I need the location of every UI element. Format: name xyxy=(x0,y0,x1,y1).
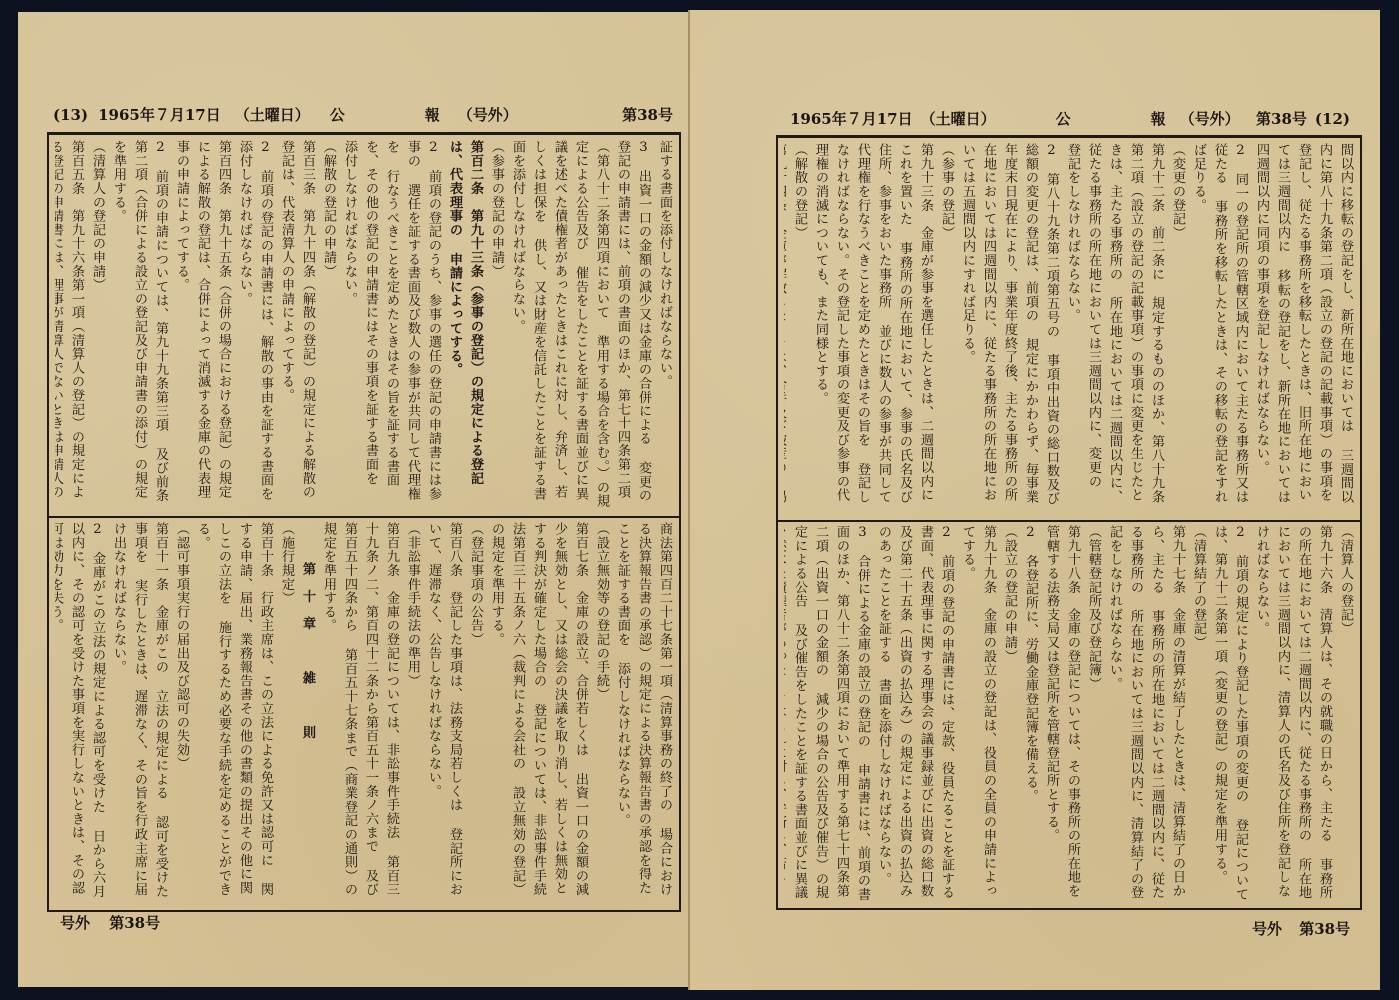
left-page-header: (13) 1965年７月17日 （土曜日） 公 報 （号外） 第38号 xyxy=(53,104,673,125)
article-105: 第百五条 第九十六条第一項（清算人の登記）の規定による登記の申請書には、理事が清… xyxy=(55,140,87,510)
article-107: 第百七条 金庫の設立、合併若しくは 出資一口の金額の減少を無効とし、又は総会の決… xyxy=(486,522,591,902)
footer-issue: 第38号 xyxy=(1299,920,1350,938)
left-bottom-section: 商法第四百二十七条第一項（清算事務の終了の 場合における決算報告書の承認）の規定… xyxy=(55,522,675,902)
gazette-title-1: 公 xyxy=(1056,108,1071,129)
article-94: 第九十四条 金庫が解散したときは、合併及び破産の 場合を除いて、主たる事務所の所… xyxy=(784,143,789,513)
weekday: （土曜日） xyxy=(235,104,310,125)
edition-label: （号外） xyxy=(458,104,518,125)
footer-edition: 号外 xyxy=(1252,920,1282,938)
left-page-footer: 号外 第38号 xyxy=(60,912,160,933)
page-number: (12) xyxy=(1315,110,1350,128)
left-top-section: 証する書面を添付しなければならない。 3 出資一口の金額の減少又は金庫の合併によ… xyxy=(55,140,675,510)
footer-issue: 第38号 xyxy=(109,914,160,932)
page-number: (13) xyxy=(53,106,88,124)
right-page-footer: 号外 第38号 xyxy=(1252,918,1350,939)
article-108: 第百八条 登記した事項は、法務支局若しくは 登記所において、遅滞なく、公告しなけ… xyxy=(423,522,465,902)
right-bottom-section: （清算人の登記） 第九十六条 清算人は、その就職の日から、主たる 事務所の所在地… xyxy=(784,525,1356,903)
section-divider xyxy=(778,520,1360,522)
article-102: 第百二条 第九十三条（参事の登記）の規定による登記は、代表理事の 申請によってす… xyxy=(444,140,486,510)
article-109: 第百九条 金庫の登記については、非訟事件手続法 第百三十九条ノ二、第百四十二条か… xyxy=(318,522,402,902)
article-110: 第百十条 行政主席は、この立法による免許又は認可に 関する申請、届出、業務報告書… xyxy=(192,522,276,902)
gazette-title-1: 公 xyxy=(330,104,345,125)
article-92: 第九十二条 前二条に 規定するもののほか、第八十九条第二項（設立の登記の記載事項… xyxy=(1062,143,1167,513)
right-page-header: 1965年７月17日 （土曜日） 公 報 （号外） 第38号 (12) xyxy=(790,108,1350,129)
footer-edition: 号外 xyxy=(60,914,90,932)
issue-date: 1965年７月17日 xyxy=(790,108,913,129)
section-divider xyxy=(49,516,679,518)
article-111: 第百十一条 金庫がこの 立法の規定による 認可を受けた事項を 実行したときは、遅… xyxy=(108,522,171,902)
right-top-section: 間以内に移転の登記をし、新所在地においては 三週間以内に第八十九条第二項（設立の… xyxy=(784,143,1356,513)
issue-date: 1965年７月17日 xyxy=(98,104,221,125)
edition-label: （号外） xyxy=(1180,108,1240,129)
chapter-heading: 第十章 雑 則 xyxy=(297,522,318,902)
weekday: （土曜日） xyxy=(921,108,996,129)
article-96: 第九十六条 清算人は、その就職の日から、主たる 事務所の所在地においては二週間以… xyxy=(1251,525,1335,903)
gazette-title-2: 報 xyxy=(425,104,440,125)
gazette-title-2: 報 xyxy=(1151,108,1166,129)
article-104: 第百四条 第九十五条（合併の場合における登記）の規定による解散の登記は、合併によ… xyxy=(171,140,234,510)
article-98: 第九十八条 金庫の登記については、その事務所の所在地を 管轄する法務支局又は登記… xyxy=(1041,525,1083,903)
article-97: 第九十七条 金庫の清算が結了したときは、清算結了の日から、主たる 事務所の所在地… xyxy=(1104,525,1188,903)
article-99: 第九十九条 金庫の設立の登記は、役員の全員の申請によってする。 xyxy=(957,525,999,903)
issue-number: 第38号 xyxy=(622,104,673,125)
article-93: 第九十三条 金庫が参事を選任したときは、二週間以内にこれを置いた 事務所の所在地… xyxy=(810,143,936,513)
article-103: 第百三条 第九十四条（解散の登記）の規定による解散の 登記は、代表清算人の申請に… xyxy=(276,140,318,510)
issue-number: 第38号 xyxy=(1256,108,1307,129)
